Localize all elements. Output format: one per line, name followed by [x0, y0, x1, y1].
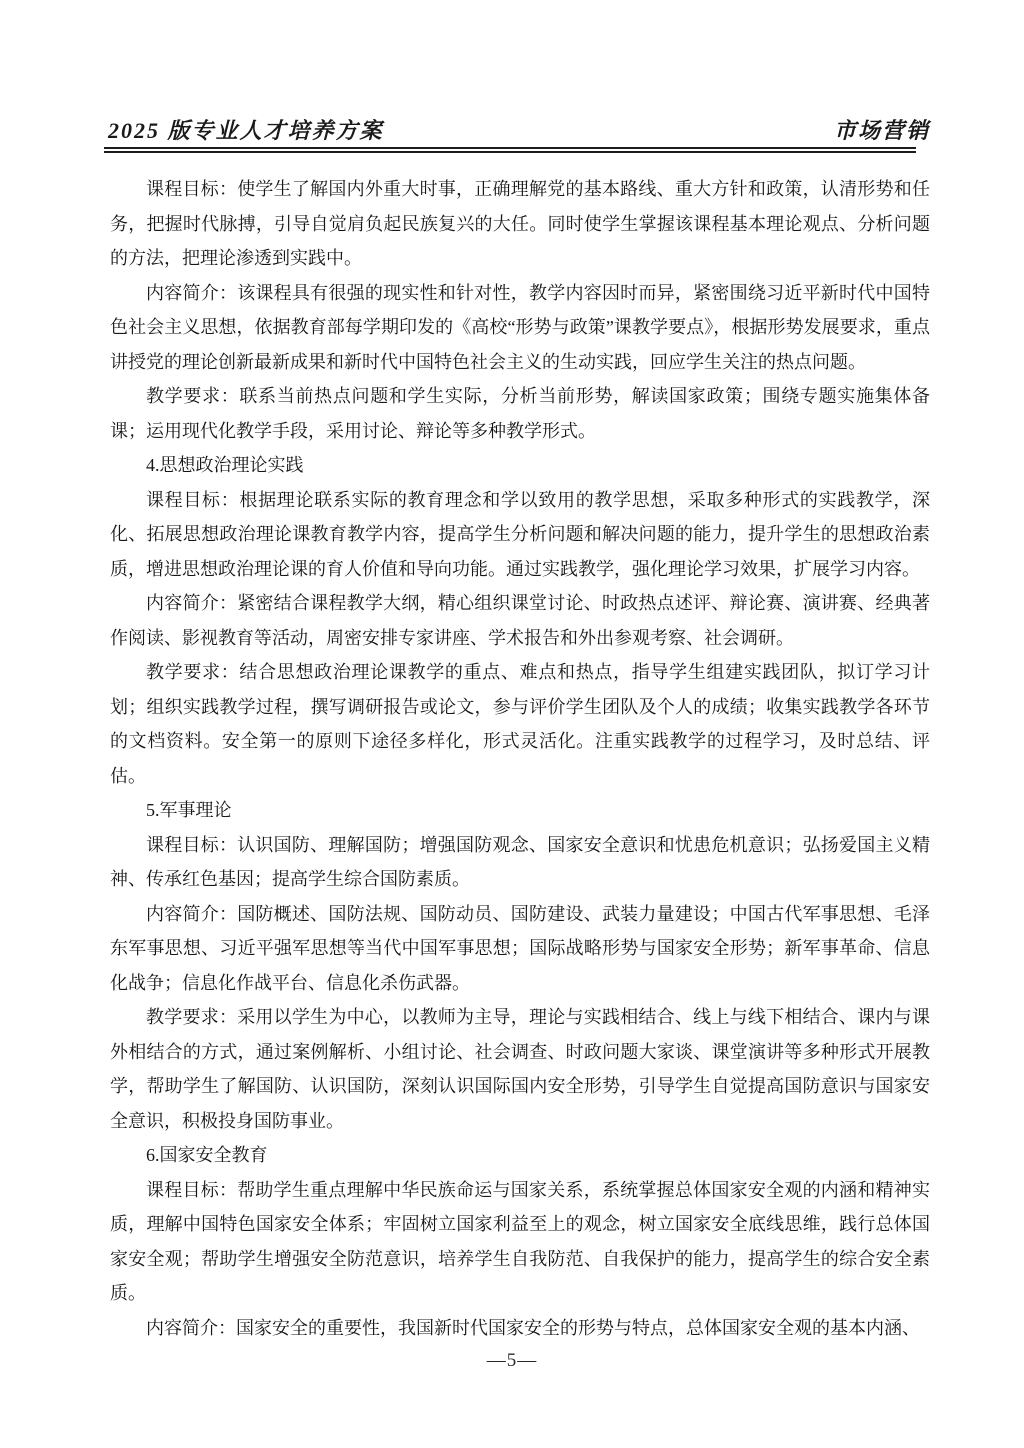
paragraph-teaching-requirement-ideological-practice: 教学要求：结合思想政治理论课教学的重点、难点和热点，指导学生组建实践团队，拟订学… [110, 655, 930, 793]
paragraph-teaching-requirement-military-theory: 教学要求：采用以学生为中心，以教师为主导，理论与实践相结合、线上与线下相结合、课… [110, 1000, 930, 1138]
header-divider-rule [104, 147, 916, 153]
section-heading-5-military-theory: 5.军事理论 [110, 793, 930, 828]
paragraph-course-objective-national-security: 课程目标：帮助学生重点理解中华民族命运与国家关系，系统掌握总体国家安全观的内涵和… [110, 1173, 930, 1311]
page-header: 2025 版专业人才培养方案 市场营销 [108, 114, 930, 145]
section-heading-4-ideological-political-practice: 4.思想政治理论实践 [110, 448, 930, 483]
paragraph-teaching-requirement-situation-policy: 教学要求：联系当前热点问题和学生实际，分析当前形势，解读国家政策；围绕专题实施集… [110, 379, 930, 448]
section-heading-6-national-security-education: 6.国家安全教育 [110, 1138, 930, 1173]
header-doc-title: 2025 版专业人才培养方案 [108, 114, 384, 145]
paragraph-course-objective-situation-policy: 课程目标：使学生了解国内外重大时事，正确理解党的基本路线、重大方针和政策，认清形… [110, 172, 930, 276]
paragraph-content-intro-national-security: 内容简介：国家安全的重要性，我国新时代国家安全的形势与特点，总体国家安全观的基本… [110, 1311, 930, 1346]
paragraph-content-intro-military-theory: 内容简介：国防概述、国防法规、国防动员、国防建设、武装力量建设；中国古代军事思想… [110, 897, 930, 1001]
paragraph-content-intro-ideological-practice: 内容简介：紧密结合课程教学大纲，精心组织课堂讨论、时政热点述评、辩论赛、演讲赛、… [110, 586, 930, 655]
paragraph-content-intro-situation-policy: 内容简介：该课程具有很强的现实性和针对性，教学内容因时而异，紧密围绕习近平新时代… [110, 276, 930, 380]
document-body: 课程目标：使学生了解国内外重大时事，正确理解党的基本路线、重大方针和政策，认清形… [110, 172, 930, 1345]
page-footer: —5— [0, 1350, 1024, 1372]
paragraph-course-objective-ideological-practice: 课程目标：根据理论联系实际的教育理念和学以致用的教学思想，采取多种形式的实践教学… [110, 483, 930, 587]
header-major-name: 市场营销 [834, 114, 930, 145]
paragraph-course-objective-military-theory: 课程目标：认识国防、理解国防；增强国防观念、国家安全意识和忧患危机意识；弘扬爱国… [110, 828, 930, 897]
page-number: —5— [487, 1350, 538, 1371]
